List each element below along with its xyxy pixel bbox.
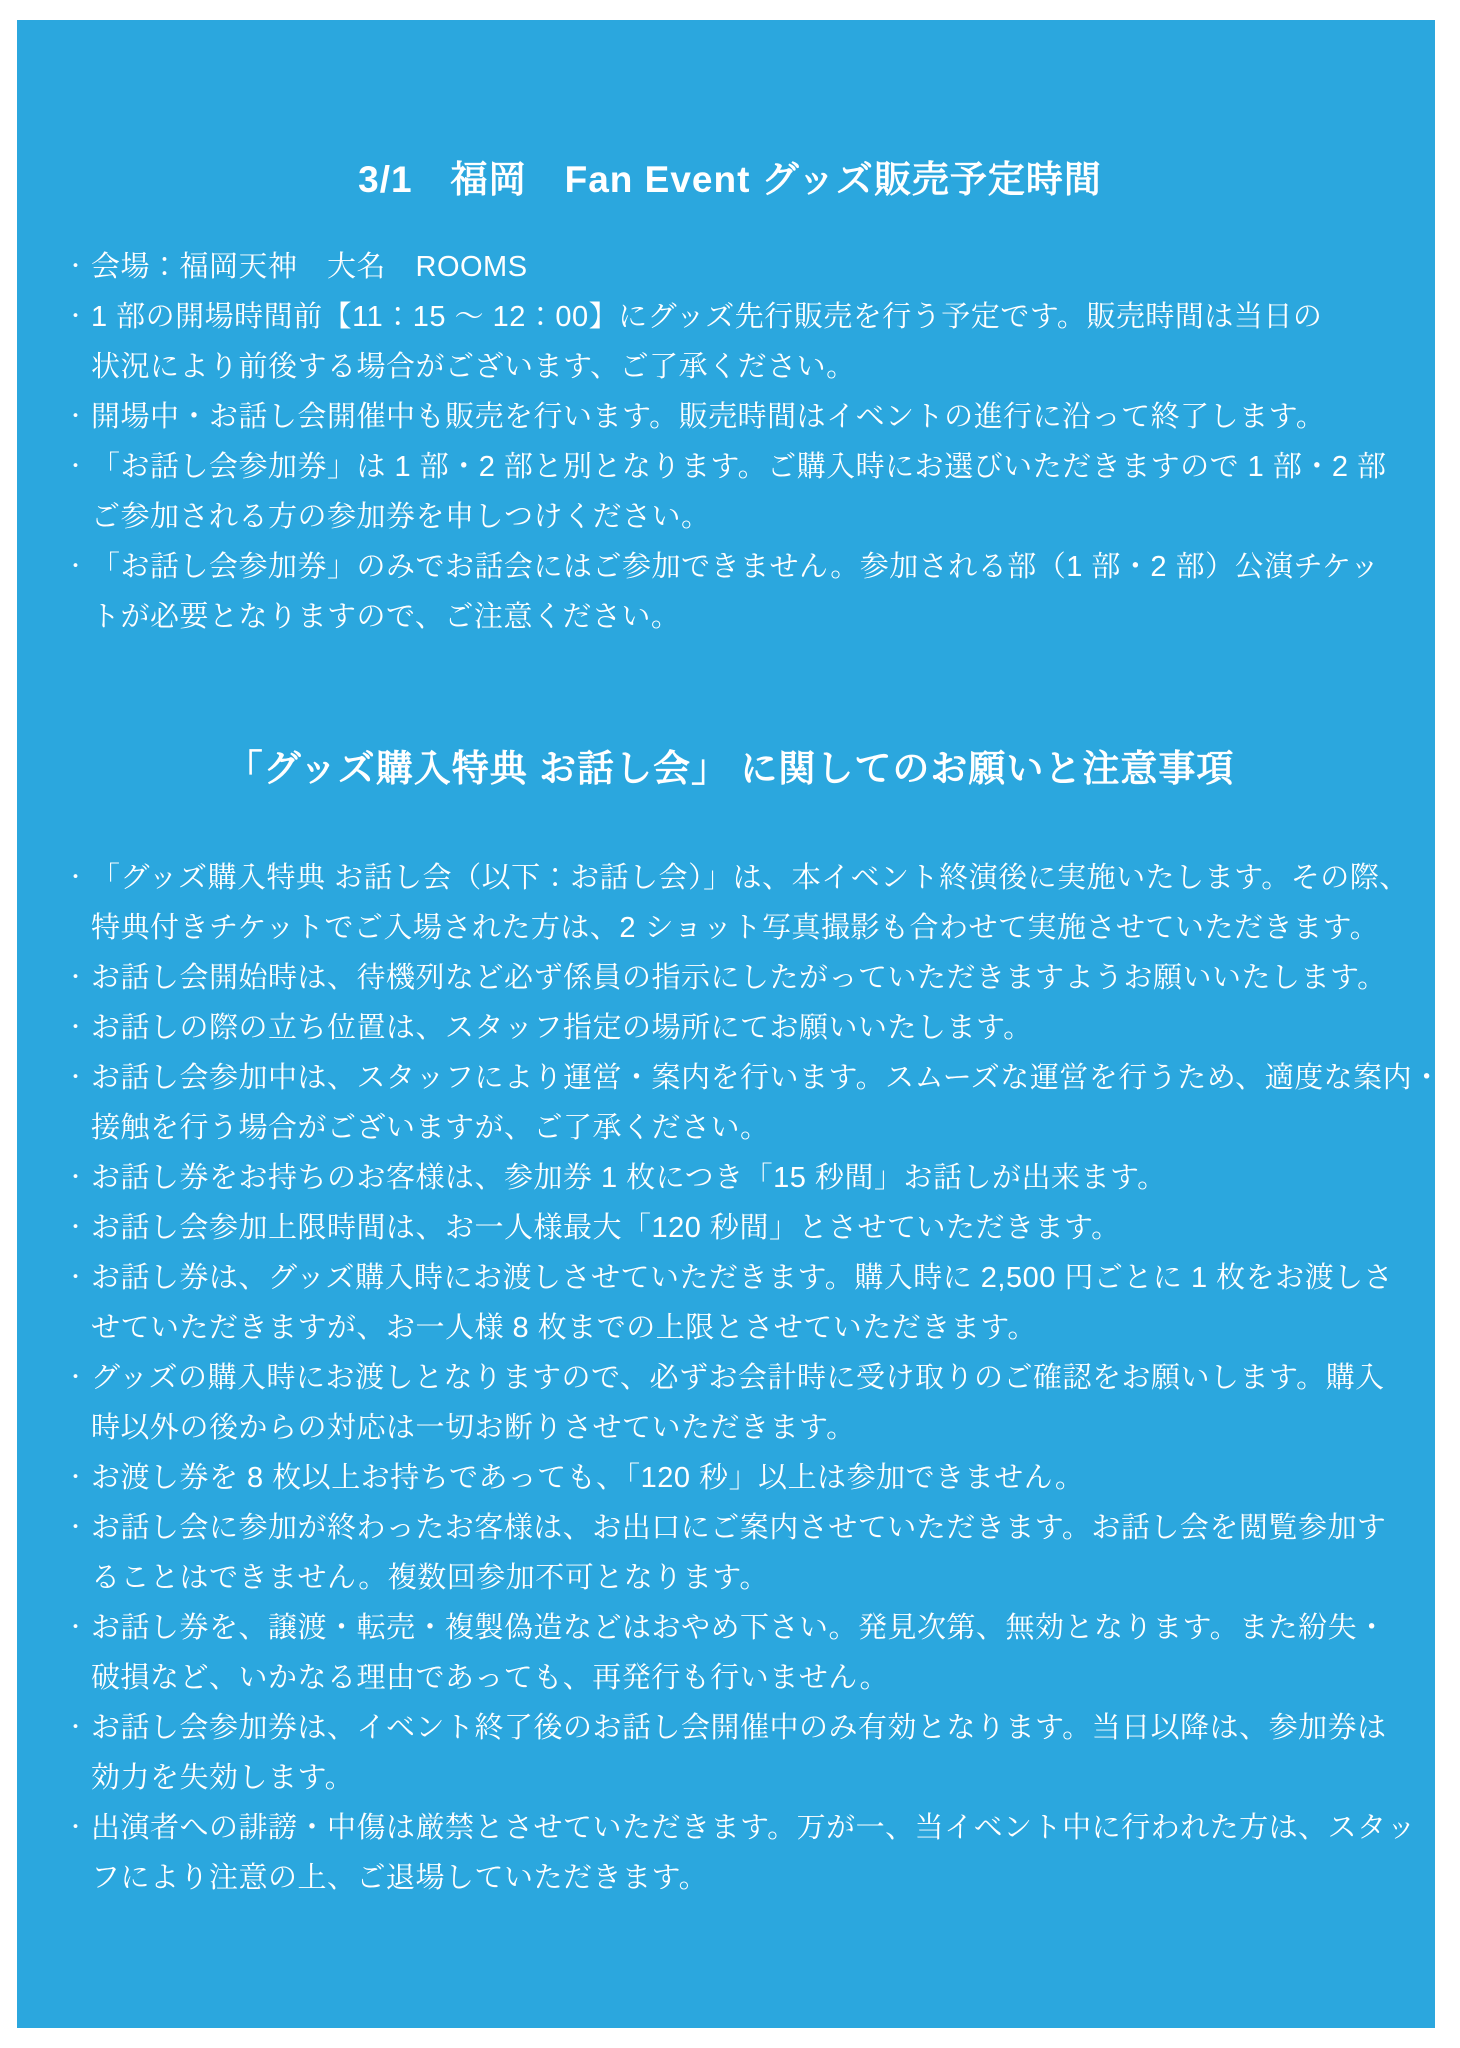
text-line: 開場中・お話し会開催中も販売を行います。販売時間はイベントの進行に沿って終了しま… [91,392,1395,442]
text-line: お話し会参加中は、スタッフにより運営・案内を行います。スムーズな運営を行うため、… [91,1053,1395,1103]
text-line: 接触を行う場合がございますが、ご了承ください。 [91,1103,1395,1153]
bullet-dot: ・ [65,1503,91,1553]
notice-page: 3/1 福岡 Fan Event グッズ販売予定時間 ・会場：福岡天神 大名 R… [0,0,1460,2048]
bullet-text: お話し会参加中は、スタッフにより運営・案内を行います。スムーズな運営を行うため、… [91,1053,1395,1153]
text-line: お渡し券を 8 枚以上お持ちであっても、「120 秒」以上は参加できません。 [91,1453,1395,1503]
bullet-item: ・出演者への誹謗・中傷は厳禁とさせていただきます。万が一、当イベント中に行われた… [65,1803,1395,1903]
text-line: お話し会に参加が終わったお客様は、お出口にご案内させていただきます。お話し会を閲… [91,1503,1395,1553]
bullet-text: お話しの際の立ち位置は、スタッフ指定の場所にてお願いいたします。 [91,1003,1395,1053]
text-line: 「お話し会参加券」のみでお話会にはご参加できません。参加される部（1 部・2 部… [91,542,1395,592]
talk-event-notes-list: ・「グッズ購入特典 お話し会（以下：お話し会）」は、本イベント終演後に実施いたし… [65,853,1395,1903]
bullet-item: ・お話し会参加上限時間は、お一人様最大「120 秒間」とさせていただきます。 [65,1203,1395,1253]
bullet-text: お話し会に参加が終わったお客様は、お出口にご案内させていただきます。お話し会を閲… [91,1503,1395,1603]
text-line: 状況により前後する場合がございます、ご了承ください。 [91,342,1395,392]
bullet-item: ・「お話し会参加券」は 1 部・2 部と別となります。ご購入時にお選びいただきま… [65,442,1395,542]
text-line: お話し会参加上限時間は、お一人様最大「120 秒間」とさせていただきます。 [91,1203,1395,1253]
bullet-item: ・お話し会参加中は、スタッフにより運営・案内を行います。スムーズな運営を行うため… [65,1053,1395,1153]
blue-notice-panel: 3/1 福岡 Fan Event グッズ販売予定時間 ・会場：福岡天神 大名 R… [17,20,1435,2028]
bullet-dot: ・ [65,392,91,442]
bullet-item: ・グッズの購入時にお渡しとなりますので、必ずお会計時に受け取りのご確認をお願いし… [65,1353,1395,1453]
bullet-text: 出演者への誹謗・中傷は厳禁とさせていただきます。万が一、当イベント中に行われた方… [91,1803,1395,1903]
bullet-dot: ・ [65,853,91,903]
bullet-item: ・お話し会に参加が終わったお客様は、お出口にご案内させていただきます。お話し会を… [65,1503,1395,1603]
bullet-item: ・お話し会開始時は、待機列など必ず係員の指示にしたがっていただきますようお願いい… [65,953,1395,1003]
bullet-item: ・「お話し会参加券」のみでお話会にはご参加できません。参加される部（1 部・2 … [65,542,1395,642]
bullet-text: 「グッズ購入特典 お話し会（以下：お話し会）」は、本イベント終演後に実施いたしま… [91,853,1395,953]
text-line: お話しの際の立ち位置は、スタッフ指定の場所にてお願いいたします。 [91,1003,1395,1053]
bullet-text: お話し券は、グッズ購入時にお渡しさせていただきます。購入時に 2,500 円ごと… [91,1253,1395,1353]
bullet-dot: ・ [65,1253,91,1303]
bullet-text: お話し券をお持ちのお客様は、参加券 1 枚につき「15 秒間」お話しが出来ます。 [91,1153,1395,1203]
text-line: お話し会参加券は、イベント終了後のお話し会開催中のみ有効となります。当日以降は、… [91,1703,1395,1753]
text-line: お話し券をお持ちのお客様は、参加券 1 枚につき「15 秒間」お話しが出来ます。 [91,1153,1395,1203]
bullet-dot: ・ [65,1153,91,1203]
bullet-text: 「お話し会参加券」は 1 部・2 部と別となります。ご購入時にお選びいただきます… [91,442,1395,542]
text-line: トが必要となりますので、ご注意ください。 [91,592,1395,642]
text-line: 時以外の後からの対応は一切お断りさせていただきます。 [91,1403,1395,1453]
text-line: 破損など、いかなる理由であっても、再発行も行いません。 [91,1653,1395,1703]
bullet-text: 開場中・お話し会開催中も販売を行います。販売時間はイベントの進行に沿って終了しま… [91,392,1395,442]
bullet-item: ・お渡し券を 8 枚以上お持ちであっても、「120 秒」以上は参加できません。 [65,1453,1395,1503]
bullet-dot: ・ [65,1453,91,1503]
bullet-dot: ・ [65,1003,91,1053]
bullet-dot: ・ [65,242,91,292]
bullet-text: 「お話し会参加券」のみでお話会にはご参加できません。参加される部（1 部・2 部… [91,542,1395,642]
text-line: 会場：福岡天神 大名 ROOMS [91,242,1395,292]
goods-sale-schedule-title: 3/1 福岡 Fan Event グッズ販売予定時間 [65,20,1395,202]
text-line: 「お話し会参加券」は 1 部・2 部と別となります。ご購入時にお選びいただきます… [91,442,1395,492]
goods-sale-schedule-list: ・会場：福岡天神 大名 ROOMS・1 部の開場時間前【11：15 ～ 12：0… [65,242,1395,642]
bullet-text: お話し券を、譲渡・転売・複製偽造などはおやめ下さい。発見次第、無効となります。ま… [91,1603,1395,1703]
bullet-dot: ・ [65,1353,91,1403]
bullet-item: ・お話し券を、譲渡・転売・複製偽造などはおやめ下さい。発見次第、無効となります。… [65,1603,1395,1703]
bullet-item: ・お話し会参加券は、イベント終了後のお話し会開催中のみ有効となります。当日以降は… [65,1703,1395,1803]
bullet-dot: ・ [65,292,91,342]
talk-event-notes-title: 「グッズ購入特典 お話し会」 に関してのお願いと注意事項 [65,747,1395,791]
bullet-item: ・お話し券をお持ちのお客様は、参加券 1 枚につき「15 秒間」お話しが出来ます… [65,1153,1395,1203]
text-line: お話し券は、グッズ購入時にお渡しさせていただきます。購入時に 2,500 円ごと… [91,1253,1395,1303]
bullet-text: お渡し券を 8 枚以上お持ちであっても、「120 秒」以上は参加できません。 [91,1453,1395,1503]
bullet-item: ・お話しの際の立ち位置は、スタッフ指定の場所にてお願いいたします。 [65,1003,1395,1053]
bullet-item: ・「グッズ購入特典 お話し会（以下：お話し会）」は、本イベント終演後に実施いたし… [65,853,1395,953]
bullet-text: お話し会参加上限時間は、お一人様最大「120 秒間」とさせていただきます。 [91,1203,1395,1253]
text-line: 1 部の開場時間前【11：15 ～ 12：00】にグッズ先行販売を行う予定です。… [91,292,1395,342]
text-line: フにより注意の上、ご退場していただきます。 [91,1853,1395,1903]
text-line: 特典付きチケットでご入場された方は、2 ショット写真撮影も合わせて実施させていた… [91,903,1395,953]
bullet-text: お話し会開始時は、待機列など必ず係員の指示にしたがっていただきますようお願いいた… [91,953,1395,1003]
text-line: お話し会開始時は、待機列など必ず係員の指示にしたがっていただきますようお願いいた… [91,953,1395,1003]
text-line: せていただきますが、お一人様 8 枚までの上限とさせていただきます。 [91,1303,1395,1353]
bullet-text: 会場：福岡天神 大名 ROOMS [91,242,1395,292]
bullet-item: ・お話し券は、グッズ購入時にお渡しさせていただきます。購入時に 2,500 円ご… [65,1253,1395,1353]
bullet-dot: ・ [65,1203,91,1253]
bullet-item: ・1 部の開場時間前【11：15 ～ 12：00】にグッズ先行販売を行う予定です… [65,292,1395,392]
text-line: お話し券を、譲渡・転売・複製偽造などはおやめ下さい。発見次第、無効となります。ま… [91,1603,1395,1653]
bullet-text: グッズの購入時にお渡しとなりますので、必ずお会計時に受け取りのご確認をお願いしま… [91,1353,1395,1453]
text-line: ご参加される方の参加券を申しつけください。 [91,492,1395,542]
text-line: 出演者への誹謗・中傷は厳禁とさせていただきます。万が一、当イベント中に行われた方… [91,1803,1395,1853]
bullet-dot: ・ [65,953,91,1003]
bullet-dot: ・ [65,542,91,592]
bullet-dot: ・ [65,1053,91,1103]
bullet-dot: ・ [65,1803,91,1853]
bullet-dot: ・ [65,1703,91,1753]
text-line: 「グッズ購入特典 お話し会（以下：お話し会）」は、本イベント終演後に実施いたしま… [91,853,1395,903]
bullet-dot: ・ [65,1603,91,1653]
bullet-item: ・会場：福岡天神 大名 ROOMS [65,242,1395,292]
bullet-item: ・開場中・お話し会開催中も販売を行います。販売時間はイベントの進行に沿って終了し… [65,392,1395,442]
text-line: グッズの購入時にお渡しとなりますので、必ずお会計時に受け取りのご確認をお願いしま… [91,1353,1395,1403]
text-line: 効力を失効します。 [91,1753,1395,1803]
bullet-dot: ・ [65,442,91,492]
text-line: ることはできません。複数回参加不可となります。 [91,1553,1395,1603]
bullet-text: 1 部の開場時間前【11：15 ～ 12：00】にグッズ先行販売を行う予定です。… [91,292,1395,392]
bullet-text: お話し会参加券は、イベント終了後のお話し会開催中のみ有効となります。当日以降は、… [91,1703,1395,1803]
